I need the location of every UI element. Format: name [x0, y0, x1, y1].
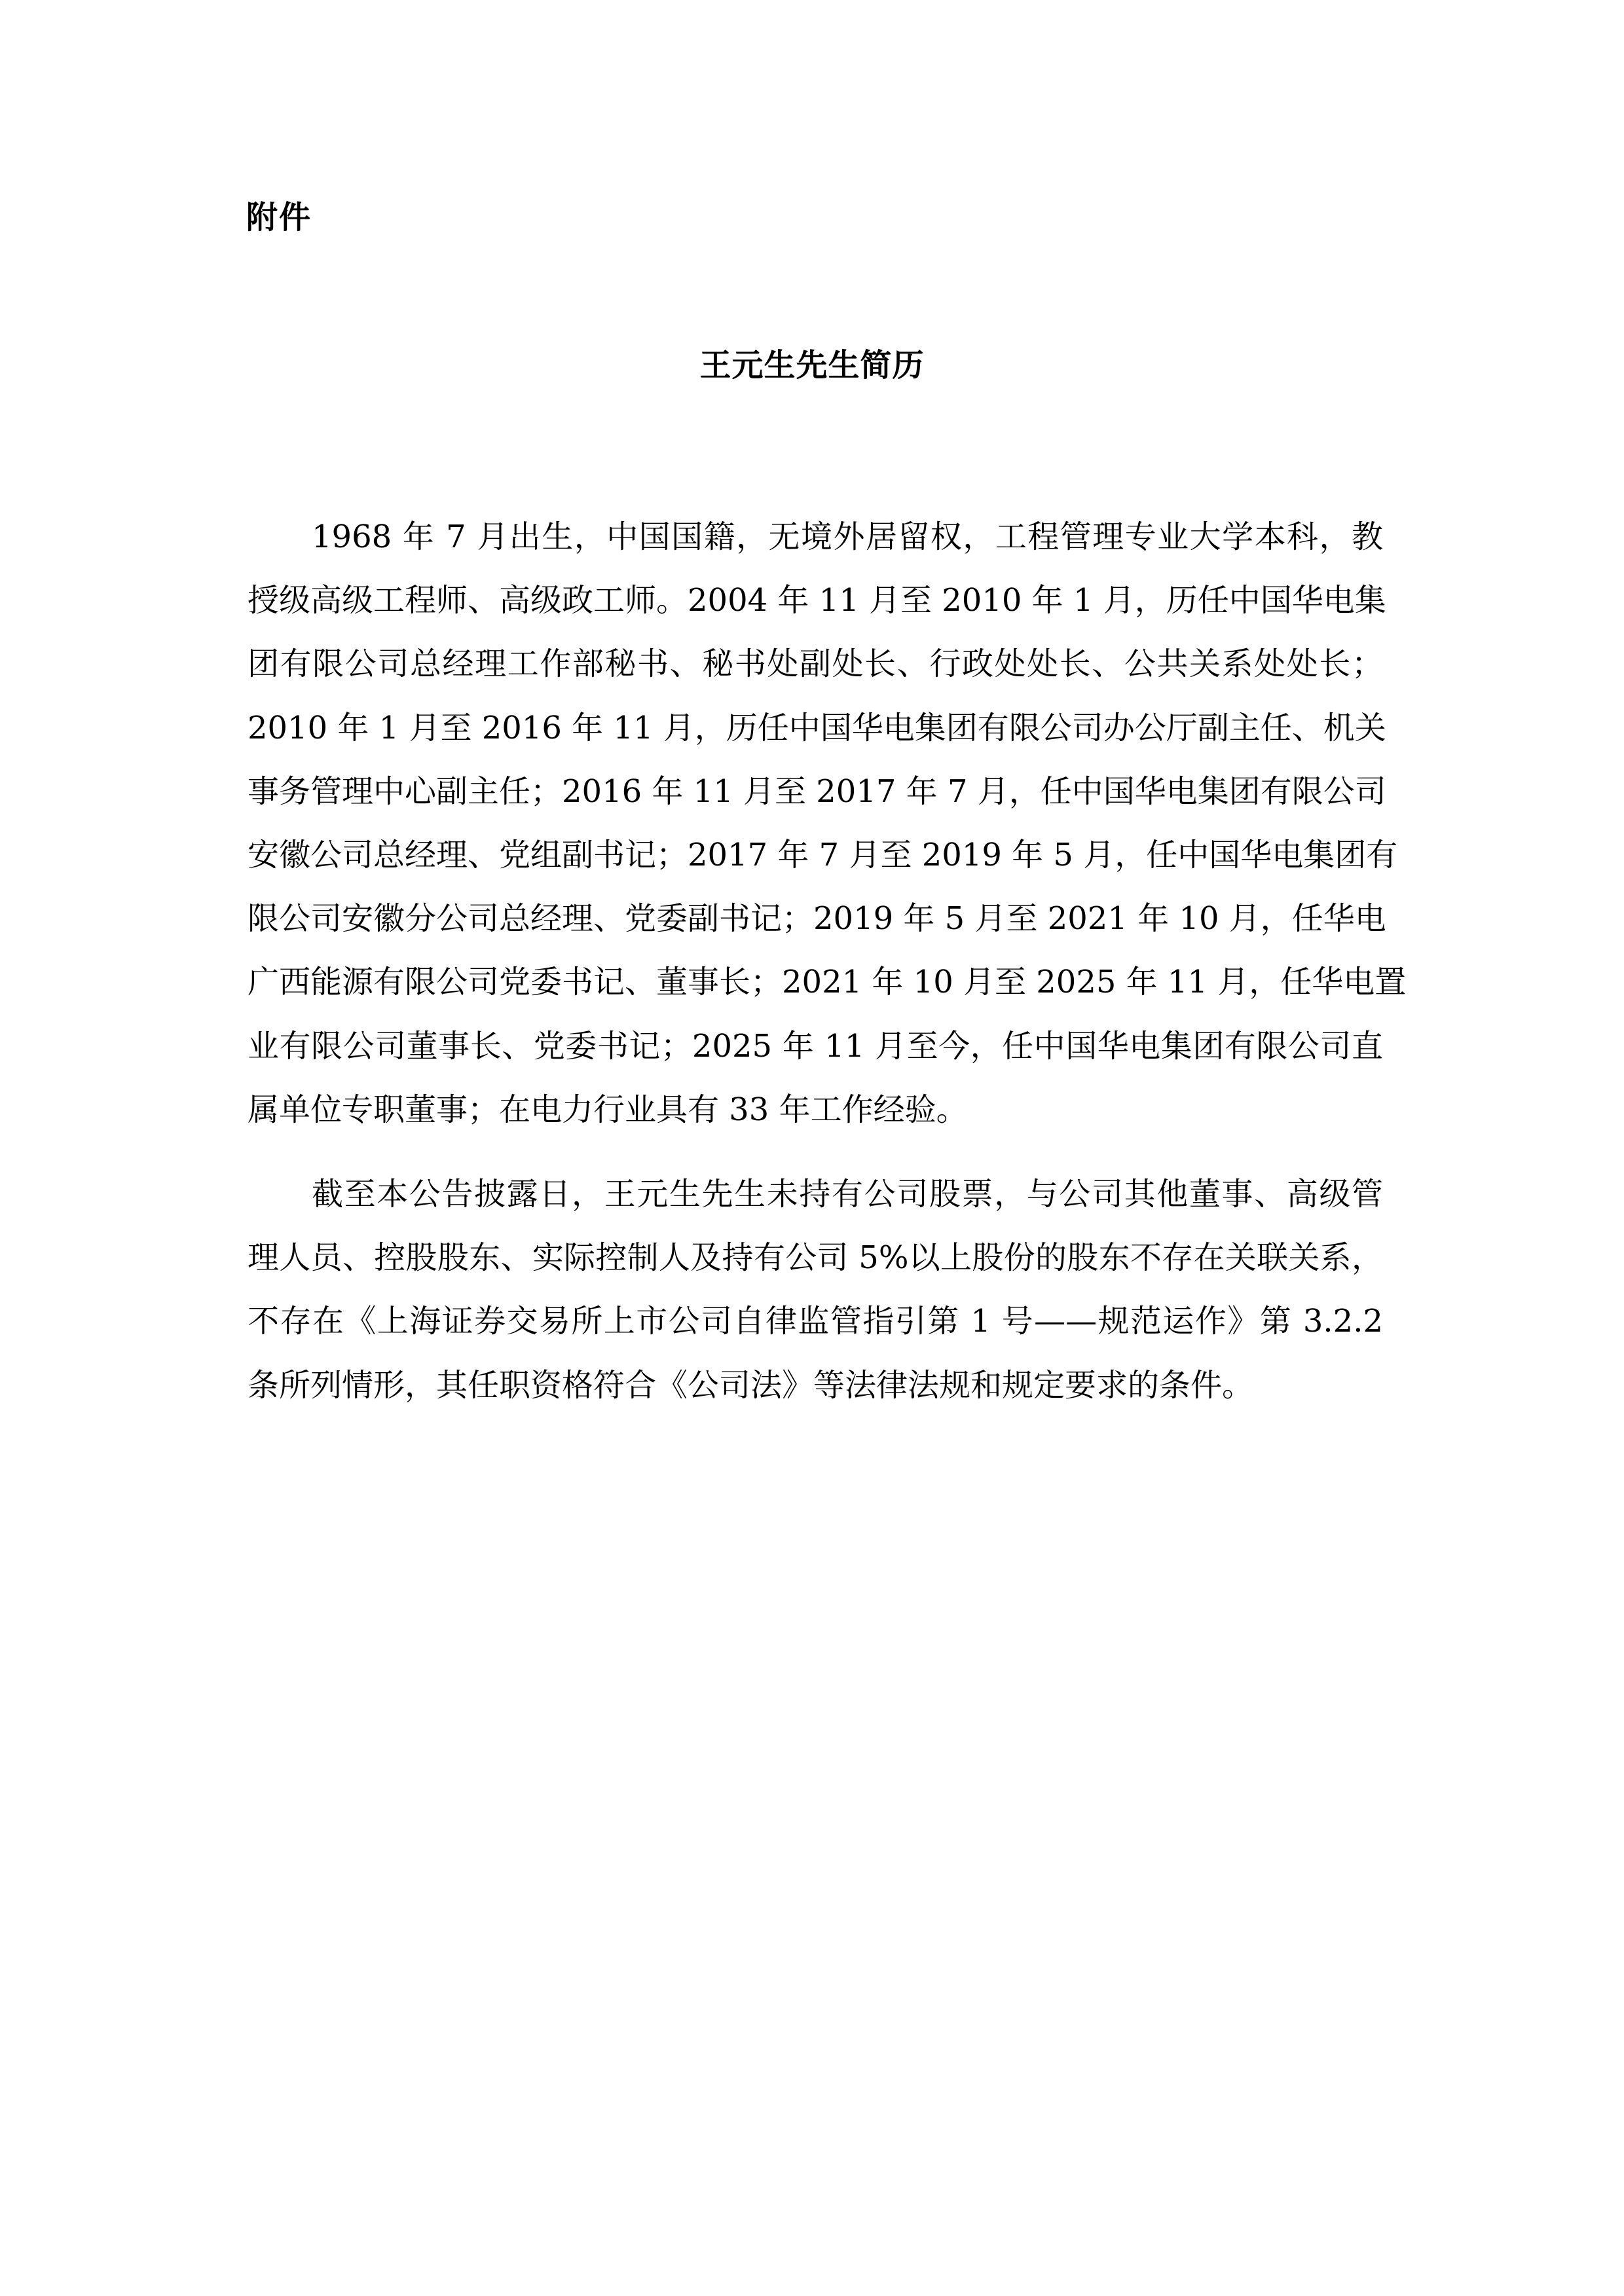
paragraph-line: 广西能源有限公司党委书记、董事长；2021 年 10 月至 2025 年 11 … — [248, 951, 1383, 1014]
paragraph-line: 2010 年 1 月至 2016 年 11 月，历任中国华电集团有限公司办公厅副… — [248, 697, 1383, 760]
paragraph-line: 授级高级工程师、高级政工师。2004 年 11 月至 2010 年 1 月，历任… — [248, 569, 1383, 632]
paragraph-line: 1968 年 7 月出生，中国国籍，无境外居留权，工程管理专业大学本科，教 — [248, 505, 1383, 569]
paragraph-line: 安徽公司总经理、党组副书记；2017 年 7 月至 2019 年 5 月，任中国… — [248, 824, 1383, 887]
paragraph-line: 团有限公司总经理工作部秘书、秘书处副处长、行政处处长、公共关系处处长； — [248, 632, 1383, 696]
paragraph-line: 不存在《上海证券交易所上市公司自律监管指引第 1 号——规范运作》第 3.2.2 — [248, 1290, 1383, 1353]
paragraph-line: 属单位专职董事；在电力行业具有 33 年工作经验。 — [248, 1078, 1383, 1142]
attachment-label: 附件 — [246, 194, 312, 241]
disclosure-paragraph: 截至本公告披露日，王元生先生未持有公司股票，与公司其他董事、高级管 理人员、控股… — [248, 1163, 1383, 1417]
document-page: 附件 王元生先生简历 1968 年 7 月出生，中国国籍，无境外居留权，工程管理… — [0, 0, 1624, 2296]
paragraph-line: 截至本公告披露日，王元生先生未持有公司股票，与公司其他董事、高级管 — [248, 1163, 1383, 1226]
paragraph-line: 理人员、控股股东、实际控制人及持有公司 5%以上股份的股东不存在关联关系， — [248, 1226, 1383, 1290]
paragraph-line: 业有限公司董事长、党委书记；2025 年 11 月至今，任中国华电集团有限公司直 — [248, 1015, 1383, 1078]
paragraph-line: 限公司安徽分公司总经理、党委副书记；2019 年 5 月至 2021 年 10 … — [248, 887, 1383, 951]
paragraph-line: 条所列情形，其任职资格符合《公司法》等法律法规和规定要求的条件。 — [248, 1354, 1383, 1417]
resume-paragraph: 1968 年 7 月出生，中国国籍，无境外居留权，工程管理专业大学本科，教 授级… — [248, 505, 1383, 1142]
paragraph-line: 事务管理中心副主任；2016 年 11 月至 2017 年 7 月，任中国华电集… — [248, 760, 1383, 824]
document-title: 王元生先生简历 — [0, 342, 1624, 389]
